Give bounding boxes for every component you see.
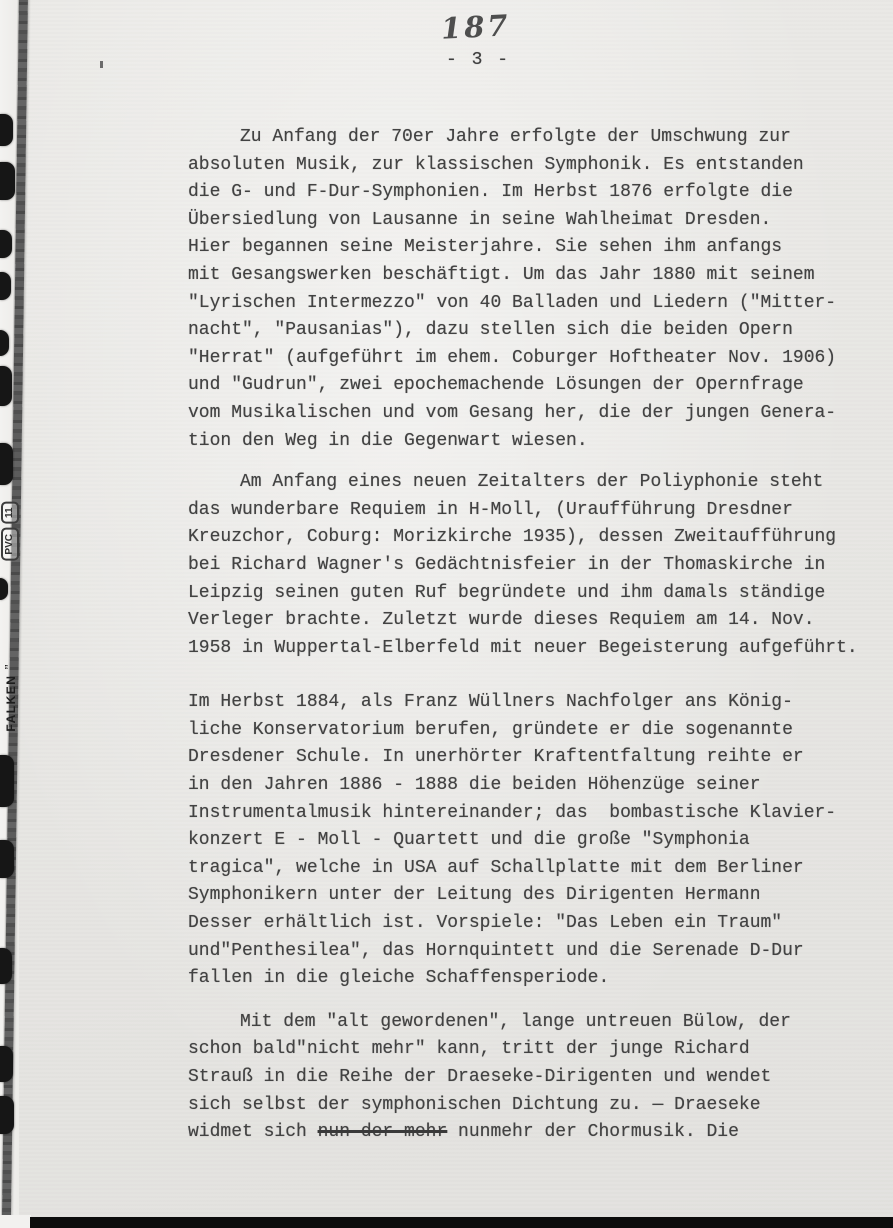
text-line: und"Penthesilea", das Hornquintett und d… <box>188 938 878 966</box>
text-segment: Am Anfang eines neuen Zeitalters der Pol… <box>240 472 823 492</box>
text-segment: "Herrat" (aufgeführt im ehem. Coburger H… <box>188 348 836 368</box>
binder-hole-mark <box>0 230 12 258</box>
text-segment: 1958 in Wuppertal-Elberfeld mit neuer Be… <box>188 638 858 658</box>
binder-hole-mark <box>0 162 15 200</box>
text-line: konzert E - Moll - Quartett und die groß… <box>188 827 878 855</box>
binder-hole-mark <box>0 114 13 146</box>
text-segment: tion den Weg in die Gegenwart wiesen. <box>188 431 588 451</box>
text-segment: Leipzig seinen guten Ruf begründete und … <box>188 583 825 603</box>
binder-hole-mark <box>0 443 13 485</box>
text-segment: in den Jahren 1886 - 1888 die beiden Höh… <box>188 775 761 795</box>
binder-hole-mark <box>0 272 11 300</box>
text-segment: nunmehr der Chormusik. Die <box>447 1122 739 1142</box>
text-line: "Herrat" (aufgeführt im ehem. Coburger H… <box>188 345 878 373</box>
text-segment: absoluten Musik, zur klassischen Symphon… <box>188 155 804 175</box>
text-line: schon bald"nicht mehr" kann, tritt der j… <box>188 1036 878 1064</box>
text-line: Kreuzchor, Coburg: Morizkirche 1935), de… <box>188 524 878 552</box>
text-line: die G- und F-Dur-Symphonien. Im Herbst 1… <box>188 179 878 207</box>
text-segment: Kreuzchor, Coburg: Morizkirche 1935), de… <box>188 527 836 547</box>
text-line: absoluten Musik, zur klassischen Symphon… <box>188 152 878 180</box>
binder-hole-mark <box>0 755 14 807</box>
falken-brand-text: FALKEN <box>4 675 18 732</box>
text-line: bei Richard Wagner's Gedächtnisfeier in … <box>188 552 878 580</box>
paragraph: Mit dem "alt gewordenen", lange untreuen… <box>188 1009 878 1147</box>
text-segment: Übersiedlung von Lausanne in seine Wahlh… <box>188 210 771 230</box>
text-line: vom Musikalischen und vom Gesang her, di… <box>188 400 878 428</box>
text-line: fallen in die gleiche Schaffensperiode. <box>188 965 878 993</box>
text-segment: widmet sich <box>188 1122 318 1142</box>
text-line: mit Gesangswerken beschäftigt. Um das Ja… <box>188 262 878 290</box>
text-line: Leipzig seinen guten Ruf begründete und … <box>188 580 878 608</box>
binder-hole-mark <box>0 1096 14 1134</box>
text-line: sich selbst der symphonischen Dichtung z… <box>188 1092 878 1120</box>
binder-hole-mark <box>0 948 12 984</box>
clip-label-pvc: PVC <box>1 528 19 561</box>
text-segment: tragica", welche in USA auf Schallplatte… <box>188 858 804 878</box>
scanned-page: PVC 11 FALKEN ’’ 187 - 3 - Zu Anfang der… <box>0 0 893 1228</box>
paragraph: Im Herbst 1884, als Franz Wüllners Nachf… <box>188 689 878 993</box>
text-segment: liche Konservatorium berufen, gründete e… <box>188 720 793 740</box>
text-line: Desser erhältlich ist. Vorspiele: "Das L… <box>188 910 878 938</box>
text-segment: und"Penthesilea", das Hornquintett und d… <box>188 941 804 961</box>
text-line: Dresdener Schule. In unerhörter Kraftent… <box>188 744 878 772</box>
text-segment: Strauß in die Reihe der Draeseke-Dirigen… <box>188 1067 771 1087</box>
binder-brand-label: FALKEN ’’ <box>4 664 18 731</box>
text-segment: sich selbst der symphonischen Dichtung z… <box>188 1095 761 1115</box>
text-line: Übersiedlung von Lausanne in seine Wahlh… <box>188 207 878 235</box>
text-line: Hier begannen seine Meisterjahre. Sie se… <box>188 234 878 262</box>
text-segment: fallen in die gleiche Schaffensperiode. <box>188 968 609 988</box>
text-segment: Desser erhältlich ist. Vorspiele: "Das L… <box>188 913 782 933</box>
text-line: Im Herbst 1884, als Franz Wüllners Nachf… <box>188 689 878 717</box>
text-line: Instrumentalmusik hintereinander; das bo… <box>188 800 878 828</box>
text-segment: mit Gesangswerken beschäftigt. Um das Ja… <box>188 265 815 285</box>
typed-page-number: - 3 - <box>446 50 510 70</box>
text-segment: das wunderbare Requiem in H-Moll, (Urauf… <box>188 500 793 520</box>
text-line: Mit dem "alt gewordenen", lange untreuen… <box>188 1009 878 1037</box>
scan-bottom-corner <box>0 1215 31 1228</box>
text-segment: und "Gudrun", zwei epochemachende Lösung… <box>188 375 804 395</box>
binder-clip-label: PVC 11 <box>1 501 19 560</box>
text-line: das wunderbare Requiem in H-Moll, (Urauf… <box>188 497 878 525</box>
scan-speck <box>571 135 573 140</box>
binder-hole-mark <box>0 366 12 406</box>
document-text: Zu Anfang der 70er Jahre erfolgte der Um… <box>188 124 878 1147</box>
text-segment: konzert E - Moll - Quartett und die groß… <box>188 830 750 850</box>
falken-logo-icon: ’’ <box>4 664 15 669</box>
text-line: tion den Weg in die Gegenwart wiesen. <box>188 428 878 456</box>
text-line: Symphonikern unter der Leitung des Dirig… <box>188 882 878 910</box>
text-line: tragica", welche in USA auf Schallplatte… <box>188 855 878 883</box>
text-line: nacht", "Pausanias"), dazu stellen sich … <box>188 317 878 345</box>
clip-label-11: 11 <box>1 501 19 524</box>
struck-text: nun-der-mehr <box>318 1122 448 1142</box>
text-segment: Symphonikern unter der Leitung des Dirig… <box>188 885 761 905</box>
binder-hole-mark <box>0 840 14 878</box>
text-line: Strauß in die Reihe der Draeseke-Dirigen… <box>188 1064 878 1092</box>
text-line: 1958 in Wuppertal-Elberfeld mit neuer Be… <box>188 635 878 663</box>
scan-bottom-edge <box>30 1217 893 1228</box>
paragraph: Zu Anfang der 70er Jahre erfolgte der Um… <box>188 124 878 455</box>
text-segment: Zu Anfang der 70er Jahre erfolgte der Um… <box>240 127 791 147</box>
paragraph: Am Anfang eines neuen Zeitalters der Pol… <box>188 469 878 662</box>
text-segment: schon bald"nicht mehr" kann, tritt der j… <box>188 1039 750 1059</box>
text-line: in den Jahren 1886 - 1888 die beiden Höh… <box>188 772 878 800</box>
text-segment: "Lyrischen Intermezzo" von 40 Balladen u… <box>188 293 836 313</box>
text-line: "Lyrischen Intermezzo" von 40 Balladen u… <box>188 290 878 318</box>
text-line: Am Anfang eines neuen Zeitalters der Pol… <box>188 469 878 497</box>
handwritten-page-number: 187 <box>440 8 511 46</box>
text-segment: Verleger brachte. Zuletzt wurde dieses R… <box>188 610 815 630</box>
text-line: und "Gudrun", zwei epochemachende Lösung… <box>188 372 878 400</box>
text-line: widmet sich nun-der-mehr nunmehr der Cho… <box>188 1119 878 1147</box>
text-segment: die G- und F-Dur-Symphonien. Im Herbst 1… <box>188 182 793 202</box>
text-segment: vom Musikalischen und vom Gesang her, di… <box>188 403 836 423</box>
text-segment: Mit dem "alt gewordenen", lange untreuen… <box>240 1012 791 1032</box>
text-line: liche Konservatorium berufen, gründete e… <box>188 717 878 745</box>
text-segment: Im Herbst 1884, als Franz Wüllners Nachf… <box>188 692 793 712</box>
text-segment: Hier begannen seine Meisterjahre. Sie se… <box>188 237 782 257</box>
text-segment: Instrumentalmusik hintereinander; das bo… <box>188 803 836 823</box>
text-segment: nacht", "Pausanias"), dazu stellen sich … <box>188 320 793 340</box>
text-line: Zu Anfang der 70er Jahre erfolgte der Um… <box>188 124 878 152</box>
text-segment: bei Richard Wagner's Gedächtnisfeier in … <box>188 555 825 575</box>
text-segment: Dresdener Schule. In unerhörter Kraftent… <box>188 747 804 767</box>
text-line: Verleger brachte. Zuletzt wurde dieses R… <box>188 607 878 635</box>
binder-hole-mark <box>0 1046 13 1082</box>
scan-speck <box>100 61 103 68</box>
